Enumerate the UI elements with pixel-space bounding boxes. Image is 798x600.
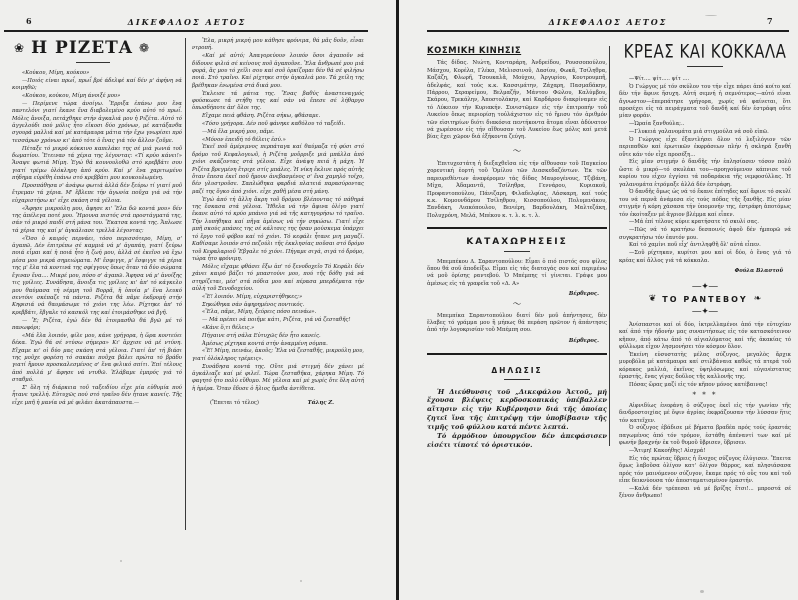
section-title-kreas-kai-kokkala: ΚΡΕΑΣ ΚΑΙ ΚΟΚΚΑΛΑ (621, 40, 789, 63)
column-rule (185, 38, 186, 530)
paragraph: Προσπάθησα ν' ἀνάψω φωτιά ἀλλά δέν ξεύρω… (12, 183, 182, 205)
paragraph: —Ἄτιμη! Κακοήθης! Αἰσχρά! (619, 448, 791, 455)
section-separator: * * * (619, 392, 791, 399)
paragraph: Ὁ Γιώργος εἶχε ἐξαντλήσει ὅλον τό λεξιλό… (619, 137, 791, 159)
paragraph: Ὁ δανδῆς ὅμως ὡς νά τό ἔκανε ἐπίτηδες κα… (619, 189, 791, 219)
right-page: ΔΙΚΕΦΑΛΟΣ ΑΕΤΟΣ 7 ΚΟΣΜΙΚΗ ΚΙΝΗΣΙΣ Τάς δί… (399, 0, 798, 600)
section-title-kosmiki-kinisis: ΚΟΣΜΙΚΗ ΚΙΝΗΣΙΣ (427, 48, 607, 55)
newspaper-spread: 6 ΔΙΚΕΦΑΛΟΣ ΑΕΤΟΣ ❀ Η ΡΙΖΕΤΑ ❁ «Κούκου, … (0, 0, 798, 600)
paragraph: —Ποιός είναι πρωΐ, πρωΐ βρέ άδελφέ καί δ… (12, 78, 182, 93)
paragraph: «Ἔ! λοιπόν. Μίμη, εὐχαριστήθηκες;» (192, 294, 364, 301)
paragraph: Τό ἁρμόδιον ὑπουργεῖον δέν ἀπεφάσισεν εἰ… (427, 432, 607, 450)
paper-speck (705, 15, 717, 16)
classified-notice: Μπεμπίκα Σαραντοπούλου διατί δέν μοῦ ἀπή… (427, 313, 607, 335)
right-column-2: —Ψίτ.... ψίτ..... ψίτ .... Ὁ Γιώργος μέ … (619, 76, 791, 501)
paragraph: «Καί μέ αὐτό; Ἀπαγορεύουν λοιπόν ὅσοι ἀγ… (192, 53, 364, 90)
story-column-1: «Κούκου, Μίμη, κούκου» —Ποιός είναι πρωΐ… (12, 70, 182, 408)
paragraph: Ἔλα, μικρή μικρή μου κάθησε φρόνιμα, θά … (192, 38, 364, 53)
paragraph: Πέταξε τό μικρό κόκκινο καπελάκι της σέ … (12, 146, 182, 183)
story-title-text: Η ΡΙΖΕΤΑ (31, 38, 133, 58)
paragraph: «Κούκου, Μίμη, κούκου» (12, 70, 182, 77)
paragraph: —Μά ἐπί τέλους κύριε κρατήσατε τό σκυλί … (619, 219, 791, 226)
notice-signature: Βέρθερος. (427, 338, 607, 345)
paragraph: Ἀμέσως ρίχτηκα κοντά στήν ἀναμμένη σόμπα… (192, 341, 364, 348)
paragraph: Τάς δίδας. Νιώτη, Κονταράρη, Ἀνδρείδου, … (427, 60, 607, 141)
paragraph: «Μόνον ἐπειδή τό θέλεις ἐσύ.» (192, 137, 364, 144)
paragraph: Εἴχαμε πειά φθάση. Ριζέτα σήκω, φθάσαμε. (192, 113, 364, 120)
section-title-dilosis: ΔΗΛΩΣΙΣ (427, 367, 607, 374)
declaration-body: Ἡ Διεύθυνσις τοῦ „Δικεφάλου Ἀετοῦ„ μή ἔχ… (427, 388, 607, 450)
divider-ornament-icon: ―✦― (619, 307, 791, 317)
section-divider (427, 353, 607, 355)
paragraph: Ἐκλεισε τά μάτια της. Ἕνας βαθύς ἀναστεν… (192, 91, 364, 113)
running-head: ΔΙΚΕΦΑΛΟΣ ΑΕΤΟΣ (4, 17, 370, 29)
flourish-right-icon: ❧ (754, 296, 762, 303)
swash-ornament-icon: 〜 (427, 300, 607, 310)
paragraph: «Ὅσο ὁ καιρός περνάει, τόσο περισσότερο,… (12, 236, 182, 317)
header-rule (427, 30, 789, 32)
swash-ornament-icon: 〜 (427, 147, 607, 157)
author-signature: Φούλα Βλαστοῦ (619, 268, 791, 275)
paragraph: Εἰς τάς πρώτας ὕβρεις ἡ ἔνοχος σύζυγος ἐ… (619, 456, 791, 486)
title-underline (76, 62, 110, 63)
paragraph: Ἐπιτυχεστάτη ἡ διεξαχθεῖσα εἰς τήν αἴθου… (427, 161, 607, 220)
paragraph: «Ἔ! Μίμη, πεινάω, ἀκοῦς; Ἔλα νά ζεσταθῆς… (192, 348, 364, 363)
paragraph: —Γλυκειά γαλανομάτα μιά στιγμούλα νά σοῦ… (619, 129, 791, 136)
paragraph: Ἐκείνη εὐσυστατὴς μέλας σύζυγος, μεγαλὸς… (619, 352, 791, 382)
paragraph: Μόλις εἴχαμε φθάσει ἔξω ἀπ' τό ξενοδοχεῖ… (192, 264, 364, 294)
paragraph: Ἡ Διεύθυνσις τοῦ „Δικεφάλου Ἀετοῦ„ μή ἔχ… (427, 388, 607, 432)
paragraph: —Ὡραία ξανθούλα;.. (619, 121, 791, 128)
paper-speck (120, 560, 122, 562)
paragraph: Ὁ Γιώργος μέ τόν σκύλον του τήν εἶχε πάρ… (619, 84, 791, 121)
continued-note: (Ἔπεται τό τέλος) (210, 400, 259, 407)
paragraph: — Μά πρέπει νά ποιῆμε κάτι, Ριζέτα, γιά … (192, 317, 364, 324)
paragraph: Ὁ σύζυγος ἐβάδισε μέ βήματα βραδέα πρός … (619, 425, 791, 447)
paragraph: — Περίμενε τώρα άνοίγω. Ἔρριξα ἐπάνω μου… (12, 101, 182, 145)
paragraph: «Κούκου, κούκου, Μίμη άνοιξέ μου» (12, 93, 182, 100)
section-divider (427, 227, 607, 229)
story-footer: (Ἔπεται τό τέλος) Τάλης Ζ. (192, 394, 364, 407)
story-column-2: Ἔλα, μικρή μικρή μου κάθησε φρόνιμα, θά … (192, 38, 364, 407)
author-signature: Τάλης Ζ. (308, 400, 334, 407)
paragraph: Συνάδησα κοντά της. Οὔτε μιά στιγμή δέν … (192, 364, 364, 394)
paragraph: Πόσας ὥρας μαζί εἰς τόν κῆπον μόνος κατέ… (619, 382, 791, 389)
paragraph: Πήγαινε στή σάλα Εὐτυχῶς δέν ἦτο κανείς. (192, 333, 364, 340)
paragraph: «Τόσο γρήγορα. Δέν ποῦ φάνηκε καθόλου τό… (192, 121, 364, 128)
ornament-left-icon: ❀ (14, 41, 25, 55)
notice-signature: Βέρθερος. (427, 291, 607, 298)
paragraph: Ἐγώ ἀπό τή ἄλλη ἄκρη τοῦ δρόμου βλέποντα… (192, 197, 364, 264)
paragraph: Σ' ὅλη τή διάρκεια τοῦ ταξειδίου εἶχε μί… (12, 385, 182, 407)
paragraph: —Σοῦ ρίχτηκαν, κυρίτσι μου καί οἱ δύο, ὁ… (619, 250, 791, 265)
story-title: ❀ Η ΡΙΖΕΤΑ ❁ (14, 38, 174, 58)
paragraph: Αἰφνιδίως ἐνεφάνη ὁ σύζυγος ἐκεῖ εἰς τήν… (619, 403, 791, 425)
paragraph: Καί τό χαμίνι ποῦ εἶχ' ἀντιληφθῆ ὅλ' αὐτ… (619, 242, 791, 249)
paragraph: Ἐκεῖ ποῦ ἀμέριμνος περπάταγα καί θαύμαζα… (192, 144, 364, 196)
header-rule (4, 30, 368, 32)
paragraph: «Ἄφησε μικρούλη μου, ἄφησε κι' Ἔλα δῶ κο… (12, 206, 182, 236)
section-title-kataxoriseis: ΚΑΤΑΧΩΡΗΣΕΙΣ (427, 239, 607, 246)
paragraph: —Μά ἔλα μικρή μου, πᾶμε. (192, 129, 364, 136)
title-underline (504, 251, 530, 252)
paper-speck (700, 590, 704, 593)
title-underline (687, 66, 723, 67)
paragraph: Εἰς μίαν στιγμήν ὁ δανδῆς τήν ἐπλησίασεν… (619, 159, 791, 189)
divider-ornament-icon: ―✦― (619, 282, 791, 292)
page-number: 7 (767, 16, 773, 26)
paragraph: «Μά ἔλα λοιπόν, φίλε μου, κάνε γρήγορα, … (12, 333, 182, 385)
title-underline (504, 379, 530, 380)
paragraph: «Κάνε ὅ,τι θέλεις.» (192, 325, 364, 332)
paragraph: «Ἔλα, πᾶμε, Μίμη, ξεύρεις πόσο πεινάω». (192, 309, 364, 316)
paragraph: Ἀνίσπαστοι καί οἱ δύο, ἱκτρελλαμένοι ἀπό… (619, 322, 791, 352)
column-rule (609, 46, 610, 446)
paragraph: —Καλά δέν τρέπεσαι νά μέ βρίζης ἔτσι!...… (619, 486, 791, 501)
classified-notice: Μπεμπέκου Δ. Σαραντοπούλου: Εἶμαι ὁ πιό … (427, 259, 607, 289)
section-title-to-rantevou: ΤΟ ΡΑΝΤΕΒΟΥ (662, 296, 747, 303)
ornament-right-icon: ❁ (139, 41, 150, 55)
paragraph: Σηκώθηκα σάν ἀφηρημένος ποντικός. (192, 302, 364, 309)
rantevou-heading: ❦ ΤΟ ΡΑΝΤΕΒΟΥ ❧ (619, 296, 791, 303)
paragraph: — Ἔ; Ριζέτα, ἐγώ δέν θά ἑτοιμασθῶ θά βγῶ… (12, 318, 182, 333)
left-page: 6 ΔΙΚΕΦΑΛΟΣ ΑΕΤΟΣ ❀ Η ΡΙΖΕΤΑ ❁ «Κούκου, … (0, 0, 396, 600)
paragraph: —Πῶς νά τό κρατήσω δεσποινίς ἀφοῦ δέν ἠμ… (619, 227, 791, 242)
paragraph: —Ψίτ.... ψίτ..... ψίτ .... (619, 76, 791, 83)
running-head: ΔΙΚΕΦΑΛΟΣ ΑΕΤΟΣ (427, 17, 789, 29)
flourish-left-icon: ❦ (649, 296, 657, 303)
right-column-1: ΚΟΣΜΙΚΗ ΚΙΝΗΣΙΣ Τάς δίδας. Νιώτη, Κονταρ… (427, 48, 607, 450)
paper-speck (300, 580, 302, 582)
